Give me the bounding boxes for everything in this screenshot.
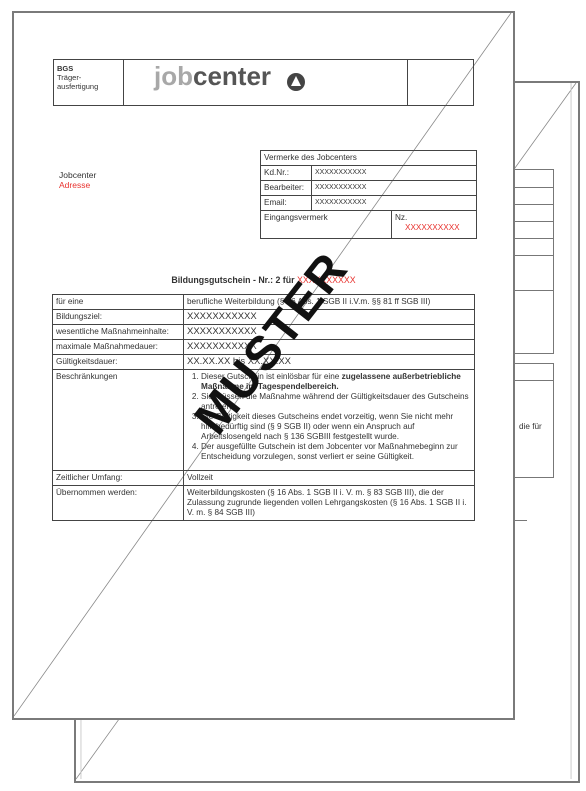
back-table-cell: die für: [515, 379, 554, 478]
front-page: BGS Träger- ausfertigung jobcenter Jobce…: [12, 11, 515, 720]
address-block: Jobcenter Adresse: [59, 170, 96, 190]
table-row: Übernommen werden:Weiterbildungskosten (…: [53, 486, 475, 521]
logo-center: center: [193, 61, 271, 91]
row-label: Bildungsziel:: [53, 310, 184, 325]
voucher-title: Bildungsgutschein - Nr.: 2 für XXXXXXXXX…: [14, 275, 513, 285]
row-value: XXXXXXXXXXX: [184, 325, 475, 340]
eingangsvermerk-label: Eingangsvermerk: [261, 211, 392, 239]
email-label: Email:: [261, 196, 312, 211]
row-label: maximale Maßnahmedauer:: [53, 340, 184, 355]
email-value: XXXXXXXXXXX: [312, 196, 477, 211]
copy-label-line3: ausfertigung: [57, 82, 120, 91]
nz-label: Nz.: [395, 213, 473, 223]
umfang-value: Vollzeit: [184, 471, 475, 486]
copy-label-line2: Träger-: [57, 73, 120, 82]
restrictions-label: Beschränkungen: [53, 370, 184, 471]
row-label: wesentliche Maßnahmeinhalte:: [53, 325, 184, 340]
vermerke-title: Vermerke des Jobcenters: [261, 151, 477, 166]
document-header: BGS Träger- ausfertigung jobcenter: [53, 59, 474, 106]
arbeitsagentur-a-icon: [287, 73, 305, 91]
table-row: Zeitlicher Umfang:Vollzeit: [53, 471, 475, 486]
kdnr-label: Kd.Nr.:: [261, 166, 312, 181]
address-line2: Adresse: [59, 180, 96, 190]
back-table-cell: [515, 289, 554, 354]
voucher-title-text: Bildungsgutschein - Nr.: 2 für: [171, 275, 297, 285]
row-label: für eine: [53, 295, 184, 310]
jobcenter-logo: jobcenter: [154, 61, 271, 92]
uebernommen-label: Übernommen werden:: [53, 486, 184, 521]
copy-label: BGS Träger- ausfertigung: [54, 60, 124, 105]
row-label: Gültigkeitsdauer:: [53, 355, 184, 370]
vermerke-box: Vermerke des Jobcenters Kd.Nr.:XXXXXXXXX…: [260, 150, 477, 239]
restriction-item: Der ausgefüllte Gutschein ist dem Jobcen…: [201, 442, 471, 462]
back-table-top: [515, 169, 554, 291]
bearbeiter-value: XXXXXXXXXXX: [312, 181, 477, 196]
address-line1: Jobcenter: [59, 170, 96, 180]
logo-job: job: [154, 61, 193, 91]
uebernommen-value: Weiterbildungskosten (§ 16 Abs. 1 SGB II…: [184, 486, 475, 521]
back-fragment-text: die für: [519, 422, 542, 432]
kdnr-value: XXXXXXXXXXX: [312, 166, 477, 181]
copy-label-line1: BGS: [57, 64, 120, 73]
back-table-line: [515, 520, 527, 521]
nz-value: XXXXXXXXXX: [395, 223, 473, 233]
umfang-label: Zeitlicher Umfang:: [53, 471, 184, 486]
bearbeiter-label: Bearbeiter:: [261, 181, 312, 196]
header-empty-cell: [407, 60, 473, 105]
nz-cell: Nz. XXXXXXXXXX: [392, 211, 477, 239]
row-value: XXXXXXXXXXX: [184, 340, 475, 355]
